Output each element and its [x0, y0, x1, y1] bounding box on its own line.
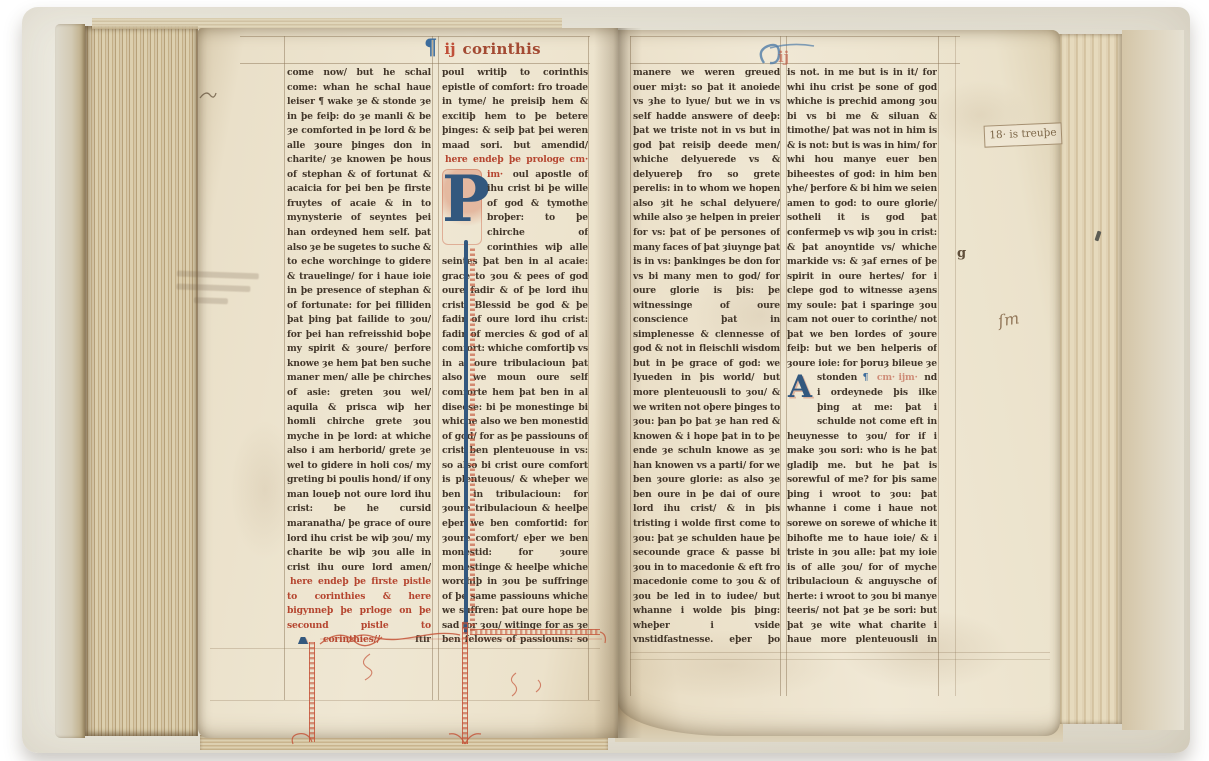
ghost-line [194, 297, 228, 304]
chapter-numeral-faded: ij [778, 48, 789, 66]
ink-offset-ghost [175, 271, 263, 328]
margin-letter-g: g [957, 246, 966, 261]
running-title: corinthis [463, 40, 541, 58]
cover-inner-right [1122, 30, 1184, 730]
ruling-line [630, 36, 960, 37]
body-text-1cor16: come now/ but he schal come: whan he sch… [287, 67, 431, 573]
prologue-text: poul writiþ to corinthis epistle of comf… [442, 67, 588, 151]
running-header-right: ij [752, 40, 816, 72]
margin-note-text: 18· is treuþe [989, 127, 1057, 142]
ruling-line [938, 36, 939, 696]
fore-edge-right [1058, 34, 1122, 724]
drop-cap-A-2cor2: A [787, 373, 813, 415]
left-page-column-1: come now/ but he schal come: whan he sch… [287, 66, 431, 644]
book-numeral: ij [444, 40, 455, 58]
right-page-column-1: manere we weren greued ouer miȝt: so þat… [633, 66, 780, 646]
margin-note-box: 18· is treuþe [984, 122, 1063, 147]
initial-P-red-chain [470, 248, 475, 631]
body-text-2cor1c: is not. in me but is in it/ for whi ihu … [787, 67, 937, 383]
paraph-icon: ¶ [424, 34, 437, 59]
chapter-2-mark: cm· ijm· [877, 372, 918, 383]
paraph-icon: ¶ [863, 372, 869, 383]
ruling-line [630, 659, 1050, 660]
ruling-line [780, 36, 781, 696]
ruling-line [240, 63, 590, 64]
margin-pen-squiggle [198, 88, 218, 104]
manuscript-photo: ¶ ij corinthis ij come now/ but he schal… [0, 0, 1209, 761]
fanned-page-edges-left [85, 26, 198, 736]
margin-scribble: ſm [997, 308, 1021, 330]
drop-cap-P-2cor1: P [442, 169, 482, 245]
running-header-left: ¶ ij corinthis [424, 34, 541, 59]
body-text-2cor1b: manere we weren greued ouer miȝt: so þat… [633, 67, 780, 646]
book-board-edge-left [55, 24, 85, 738]
penwork-flourish-bottom [250, 592, 610, 750]
ruling-line [630, 652, 1050, 653]
ruling-line [955, 36, 956, 696]
ghost-line [176, 284, 250, 293]
initial-P-stem [464, 240, 468, 634]
right-page-column-2: is not. in me but is in it/ for whi ihu … [787, 66, 937, 646]
ruling-line [630, 36, 631, 696]
